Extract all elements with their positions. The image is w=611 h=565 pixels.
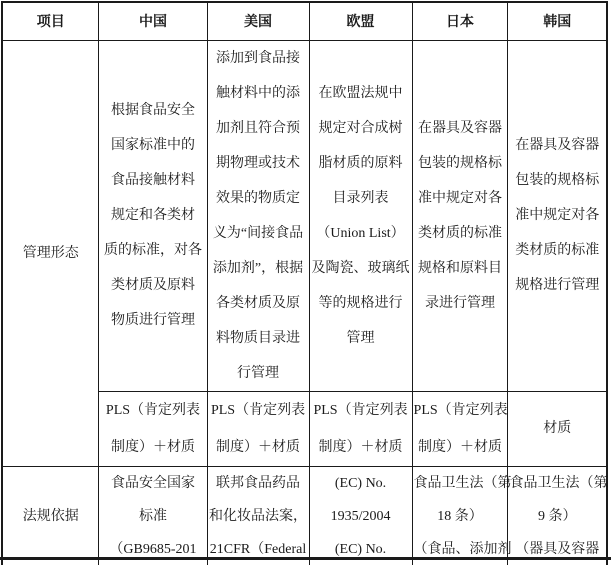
header-cell-eu: 欧盟 [309, 2, 412, 40]
document-page: 项目 中国 美国 欧盟 日本 韩国 管理形态 根据食品安全 国家标准中的 食品接… [0, 0, 611, 565]
cell-legal-korea: 食品卫生法（第 9 条） （器具及容器 [508, 466, 607, 565]
header-cell-japan: 日本 [412, 2, 508, 40]
table-row-management: 管理形态 根据食品安全 国家标准中的 食品接触材料 规定和各类材 质的标准，对各… [2, 40, 607, 391]
cell-legal-china: 食品安全国家 标准 （GB9685-201 [99, 466, 207, 565]
cell-pls-japan: PLS（肯定列表 制度）＋材质 [412, 391, 508, 466]
cell-management-korea: 在器具及容器 包装的规格标 准中规定对各 类材质的标准 规格进行管理 [508, 40, 607, 391]
header-cell-usa: 美国 [207, 2, 309, 40]
cell-legal-japan: 食品卫生法（第 18 条） （食品、添加剂 [412, 466, 508, 565]
cell-pls-eu: PLS（肯定列表 制度）＋材质 [309, 391, 412, 466]
table-header-row: 项目 中国 美国 欧盟 日本 韩国 [2, 2, 607, 40]
cell-management-china: 根据食品安全 国家标准中的 食品接触材料 规定和各类材 质的标准，对各 类材质及… [99, 40, 207, 391]
header-cell-item: 项目 [2, 2, 99, 40]
cell-pls-korea: 材质 [508, 391, 607, 466]
cell-pls-usa: PLS（肯定列表 制度）＋材质 [207, 391, 309, 466]
cell-management-japan: 在器具及容器 包装的规格标 准中规定对各 类材质的标准 规格和原料目 录进行管理 [412, 40, 508, 391]
cell-management-eu: 在欧盟法规中 规定对合成树 脂材质的原料 目录列表 （Union List） 及… [309, 40, 412, 391]
cell-pls-china: PLS（肯定列表 制度）＋材质 [99, 391, 207, 466]
cell-legal-eu: (EC) No. 1935/2004 (EC) No. [309, 466, 412, 565]
row-label-management: 管理形态 [2, 40, 99, 466]
header-cell-china: 中国 [99, 2, 207, 40]
table-bottom-border [0, 557, 611, 560]
cell-management-usa: 添加到食品接 触材料中的添 加剂且符合预 期物理或技术 效果的物质定 义为“间接… [207, 40, 309, 391]
row-label-legal: 法规依据 [2, 466, 99, 565]
cell-legal-usa: 联邦食品药品 和化妆品法案， 21CFR（Federal [207, 466, 309, 565]
header-cell-korea: 韩国 [508, 2, 607, 40]
regulation-comparison-table: 项目 中国 美国 欧盟 日本 韩国 管理形态 根据食品安全 国家标准中的 食品接… [1, 1, 608, 565]
table-row-legal: 法规依据 食品安全国家 标准 （GB9685-201 联邦食品药品 和化妆品法案… [2, 466, 607, 565]
